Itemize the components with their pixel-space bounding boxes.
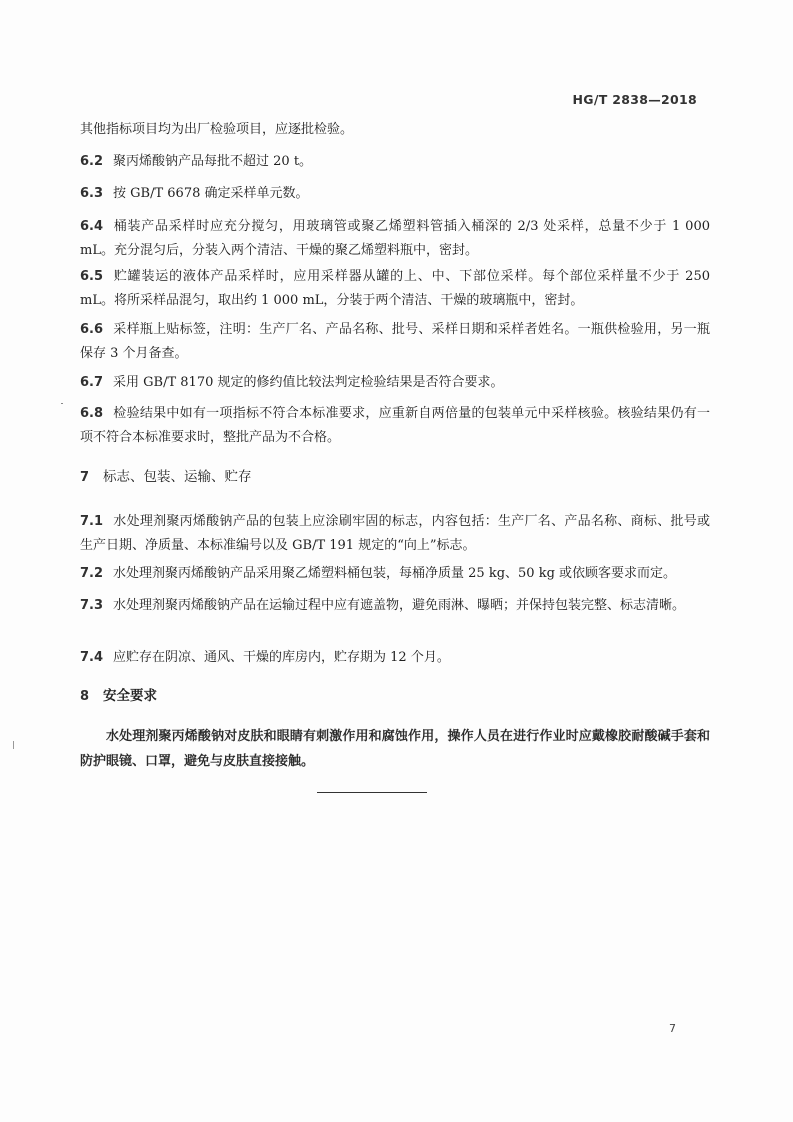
clause-number: 7.1 (80, 514, 103, 529)
clause-number: 6.5 (80, 269, 103, 284)
clause-text: 贮罐装运的液体产品采样时，应用采样器从罐的上、中、下部位采样。每个部位采样量不少… (80, 269, 710, 308)
clause-number: 6.2 (80, 154, 103, 169)
clause-text: 按 GB/T 6678 确定采样单元数。 (113, 186, 308, 201)
clause-6-6: 6.6采样瓶上贴标签，注明：生产厂名、产品名称、批号、采样日期和采样者姓名。一瓶… (80, 318, 710, 366)
page-number: 7 (669, 1022, 676, 1035)
safety-paragraph: 水处理剂聚丙烯酸钠对皮肤和眼睛有刺激作用和腐蚀作用，操作人员在进行作业时应戴橡胶… (80, 724, 710, 774)
clause-7-1: 7.1水处理剂聚丙烯酸钠产品的包装上应涂刷牢固的标志，内容包括：生产厂名、产品名… (80, 510, 710, 558)
section-title: 安全要求 (103, 688, 157, 704)
end-of-standard-rule (317, 792, 427, 793)
clause-7-4: 7.4应贮存在阴凉、通风、干燥的库房内，贮存期为 12 个月。 (80, 646, 710, 670)
clause-text: 水处理剂聚丙烯酸钠产品采用聚乙烯塑料桶包装，每桶净质量 25 kg、50 kg … (113, 566, 676, 581)
section-8-heading: 8安全要求 (80, 684, 157, 709)
section-number: 8 (80, 689, 89, 704)
clause-7-2: 7.2水处理剂聚丙烯酸钠产品采用聚乙烯塑料桶包装，每桶净质量 25 kg、50 … (80, 562, 710, 586)
clause-number: 7.3 (80, 598, 103, 613)
clause-text: 检验结果中如有一项指标不符合本标准要求，应重新自两倍量的包装单元中采样核验。核验… (80, 406, 710, 445)
clause-text: 水处理剂聚丙烯酸钠产品在运输过程中应有遮盖物，避免雨淋、曝晒；并保持包装完整、标… (113, 598, 685, 613)
section-7-heading: 7标志、包装、运输、贮存 (80, 465, 252, 490)
clause-number: 6.4 (80, 219, 103, 234)
continuation-paragraph: 其他指标项目均为出厂检验项目，应逐批检验。 (80, 118, 710, 142)
scan-artifact (13, 741, 14, 749)
scan-artifact (61, 403, 63, 404)
clause-text: 采用 GB/T 8170 规定的修约值比较法判定检验结果是否符合要求。 (113, 375, 503, 390)
clause-number: 7.2 (80, 566, 103, 581)
clause-6-5: 6.5贮罐装运的液体产品采样时，应用采样器从罐的上、中、下部位采样。每个部位采样… (80, 265, 710, 313)
section-title: 标志、包装、运输、贮存 (103, 469, 252, 485)
clause-number: 6.8 (80, 406, 103, 421)
standard-code: HG/T 2838—2018 (573, 92, 697, 107)
clause-number: 6.6 (80, 322, 103, 337)
document-page: HG/T 2838—2018 其他指标项目均为出厂检验项目，应逐批检验。 6.2… (0, 0, 793, 1122)
clause-6-4: 6.4桶装产品采样时应充分搅匀，用玻璃管或聚乙烯塑料管插入桶深的 2/3 处采样… (80, 215, 710, 263)
clause-text: 应贮存在阴凉、通风、干燥的库房内，贮存期为 12 个月。 (113, 650, 450, 665)
clause-text: 水处理剂聚丙烯酸钠产品的包装上应涂刷牢固的标志，内容包括：生产厂名、产品名称、商… (80, 514, 710, 553)
clause-text: 桶装产品采样时应充分搅匀，用玻璃管或聚乙烯塑料管插入桶深的 2/3 处采样，总量… (80, 219, 710, 258)
clause-6-7: 6.7采用 GB/T 8170 规定的修约值比较法判定检验结果是否符合要求。 (80, 371, 710, 395)
clause-6-2: 6.2聚丙烯酸钠产品每批不超过 20 t。 (80, 150, 710, 174)
clause-text: 聚丙烯酸钠产品每批不超过 20 t。 (113, 154, 312, 169)
clause-number: 6.3 (80, 186, 103, 201)
clause-number: 7.4 (80, 650, 103, 665)
clause-7-3: 7.3水处理剂聚丙烯酸钠产品在运输过程中应有遮盖物，避免雨淋、曝晒；并保持包装完… (80, 594, 710, 618)
clause-6-8: 6.8检验结果中如有一项指标不符合本标准要求，应重新自两倍量的包装单元中采样核验… (80, 402, 710, 450)
clause-text: 采样瓶上贴标签，注明：生产厂名、产品名称、批号、采样日期和采样者姓名。一瓶供检验… (80, 322, 710, 361)
clause-6-3: 6.3按 GB/T 6678 确定采样单元数。 (80, 182, 710, 206)
clause-number: 6.7 (80, 375, 103, 390)
section-number: 7 (80, 470, 89, 485)
